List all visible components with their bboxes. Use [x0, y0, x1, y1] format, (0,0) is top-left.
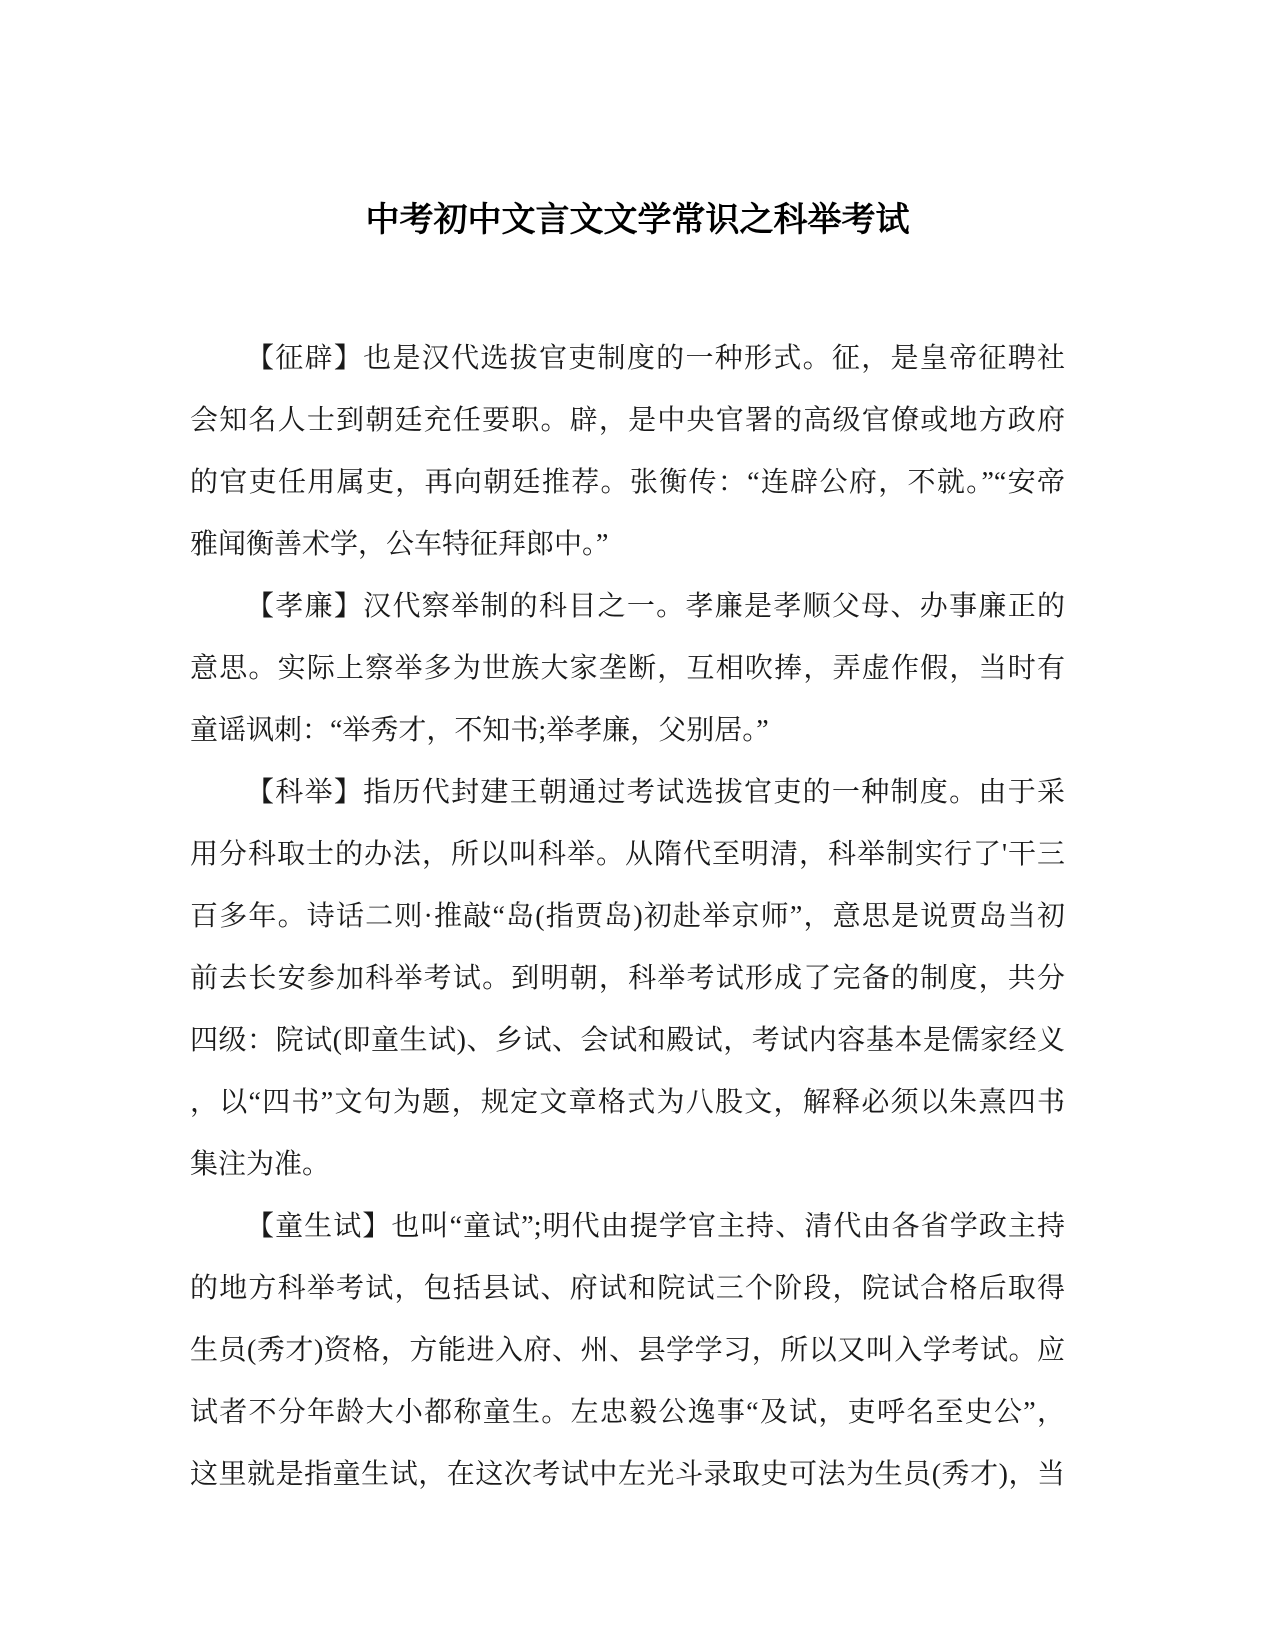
text-line: 生员(秀才)资格，方能进入府、州、县学学习，所以又叫入学考试。应	[190, 1320, 1065, 1382]
text-line: 集注为准。	[190, 1134, 1065, 1196]
document-page: 中考初中文言文文学常识之科举考试 【征辟】也是汉代选拔官吏制度的一种形式。征，是…	[0, 0, 1275, 1650]
text-line: 【孝廉】汉代察举制的科目之一。孝廉是孝顺父母、办事廉正的	[190, 576, 1065, 638]
text-line: 意思。实际上察举多为世族大家垄断，互相吹捧，弄虚作假，当时有	[190, 638, 1065, 700]
text-line: 前去长安参加科举考试。到明朝，科举考试形成了完备的制度，共分	[190, 948, 1065, 1010]
text-line: 童谣讽刺：“举秀才，不知书;举孝廉，父别居。”	[190, 700, 1065, 762]
text-line: 这里就是指童生试，在这次考试中左光斗录取史可法为生员(秀才)，当	[190, 1444, 1065, 1506]
document-body: 【征辟】也是汉代选拔官吏制度的一种形式。征，是皇帝征聘社会知名人士到朝廷充任要职…	[190, 328, 1065, 1506]
text-line: 的官吏任用属吏，再向朝廷推荐。张衡传：“连辟公府，不就。”“安帝	[190, 452, 1065, 514]
page-title: 中考初中文言文文学常识之科举考试	[0, 199, 1275, 241]
text-line: 雅闻衡善术学，公车特征拜郎中。”	[190, 514, 1065, 576]
text-line: 用分科取士的办法，所以叫科举。从隋代至明清，科举制实行了'干三	[190, 824, 1065, 886]
text-line: 试者不分年龄大小都称童生。左忠毅公逸事“及试，吏呼名至史公”，	[190, 1382, 1065, 1444]
text-line: ，以“四书”文句为题，规定文章格式为八股文，解释必须以朱熹四书	[190, 1072, 1065, 1134]
text-line: 【童生试】也叫“童试”;明代由提学官主持、清代由各省学政主持	[190, 1196, 1065, 1258]
paragraph: 【童生试】也叫“童试”;明代由提学官主持、清代由各省学政主持的地方科举考试，包括…	[190, 1196, 1065, 1506]
text-line: 会知名人士到朝廷充任要职。辟，是中央官署的高级官僚或地方政府	[190, 390, 1065, 452]
paragraph: 【科举】指历代封建王朝通过考试选拔官吏的一种制度。由于采用分科取士的办法，所以叫…	[190, 762, 1065, 1196]
text-line: 的地方科举考试，包括县试、府试和院试三个阶段，院试合格后取得	[190, 1258, 1065, 1320]
text-line: 四级：院试(即童生试)、乡试、会试和殿试，考试内容基本是儒家经义	[190, 1010, 1065, 1072]
text-line: 【科举】指历代封建王朝通过考试选拔官吏的一种制度。由于采	[190, 762, 1065, 824]
paragraph: 【征辟】也是汉代选拔官吏制度的一种形式。征，是皇帝征聘社会知名人士到朝廷充任要职…	[190, 328, 1065, 576]
paragraph: 【孝廉】汉代察举制的科目之一。孝廉是孝顺父母、办事廉正的意思。实际上察举多为世族…	[190, 576, 1065, 762]
text-line: 【征辟】也是汉代选拔官吏制度的一种形式。征，是皇帝征聘社	[190, 328, 1065, 390]
text-line: 百多年。诗话二则·推敲“岛(指贾岛)初赴举京师”，意思是说贾岛当初	[190, 886, 1065, 948]
